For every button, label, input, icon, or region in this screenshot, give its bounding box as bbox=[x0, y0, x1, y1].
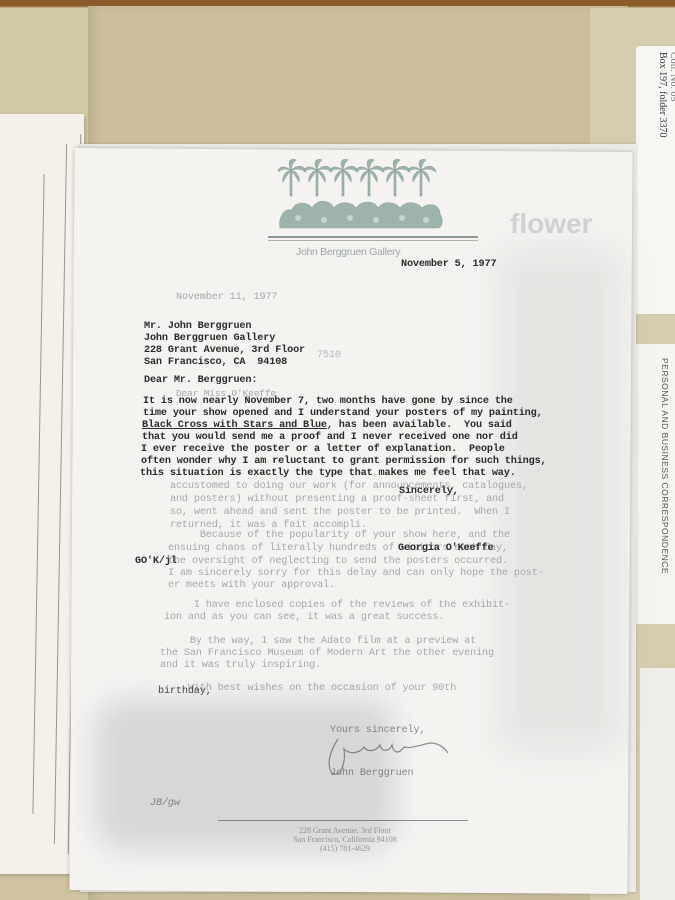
letter-initials: GO'K/jl bbox=[135, 556, 177, 568]
photo-shadow bbox=[95, 700, 395, 850]
body-line: Black Cross with Stars and Blue, has bee… bbox=[142, 420, 512, 432]
body-line: I ever receive the poster or a letter of… bbox=[141, 444, 505, 456]
body-line: that you would send me a proof and I nev… bbox=[142, 432, 518, 444]
enclosure-body-line: so, went ahead and sent the poster to be… bbox=[170, 507, 510, 519]
letterhead-rule bbox=[268, 236, 478, 238]
collection-number: Coll. No. 05 bbox=[668, 52, 675, 101]
bleedthrough-heading: flower bbox=[510, 208, 592, 240]
paper-edge bbox=[54, 144, 67, 844]
body-line: It is now nearly November 7, two months … bbox=[143, 396, 513, 408]
body-line: time your show opened and I understand y… bbox=[143, 408, 543, 420]
enclosure-date: November 11, 1977 bbox=[176, 292, 277, 304]
enclosure-body-line: accustomed to doing our work (for announ… bbox=[170, 481, 528, 493]
enclosure-body-line: By the way, I saw the Adato film at a pr… bbox=[160, 636, 476, 648]
body-line: often wonder why I am reluctant to grant… bbox=[141, 456, 547, 468]
letterhead-gallery-name: John Berggruen Gallery bbox=[296, 246, 400, 258]
series-label: PERSONAL AND BUSINESS CORRESPONDENCE bbox=[660, 358, 670, 574]
bleedthrough-phone: 7510 bbox=[317, 350, 341, 362]
enclosure-body-line: the oversight of neglecting to send the … bbox=[168, 556, 508, 568]
folder-label-lower bbox=[640, 668, 675, 900]
letterhead-rule bbox=[268, 240, 478, 241]
letter-signer: Georgia O'Keeffe bbox=[398, 543, 493, 555]
address-line: 228 Grant Avenue, 3rd Floor bbox=[144, 345, 305, 357]
enclosure-body-line: and it was truly inspiring. bbox=[160, 660, 321, 672]
painting-title: Black Cross with Stars and Blue bbox=[142, 420, 327, 431]
page-shadow bbox=[500, 250, 620, 750]
box-folder-label: Box 197, folder 3370 bbox=[657, 52, 667, 138]
palm-tree-logo-icon bbox=[278, 158, 446, 230]
enclosure-body-line: the San Francisco Museum of Modern Art t… bbox=[160, 648, 494, 660]
enclosure-body-line: ion and as you can see, it was a great s… bbox=[164, 612, 444, 624]
address-line: John Berggruen Gallery bbox=[144, 333, 275, 345]
enclosure-body-line: birthday, bbox=[158, 686, 212, 698]
enclosure-body-line: Because of the popularity of your show h… bbox=[170, 530, 510, 542]
enclosure-body-line: I am sincerely sorry for this delay and … bbox=[168, 568, 544, 580]
body-line: this situation is exactly the type that … bbox=[140, 468, 516, 480]
salutation: Dear Mr. Berggruen: bbox=[144, 375, 257, 387]
letter-date: November 5, 1977 bbox=[401, 259, 496, 271]
letter-closing: Sincerely, bbox=[399, 486, 459, 498]
address-line: San Francisco, CA 94108 bbox=[144, 357, 287, 369]
address-line: Mr. John Berggruen bbox=[144, 321, 251, 333]
enclosure-body-line: er meets with your approval. bbox=[168, 580, 335, 592]
paper-edge bbox=[32, 174, 44, 814]
enclosure-body-line: I have enclosed copies of the reviews of… bbox=[164, 600, 510, 612]
body-text: , has been available. You said bbox=[327, 420, 512, 431]
